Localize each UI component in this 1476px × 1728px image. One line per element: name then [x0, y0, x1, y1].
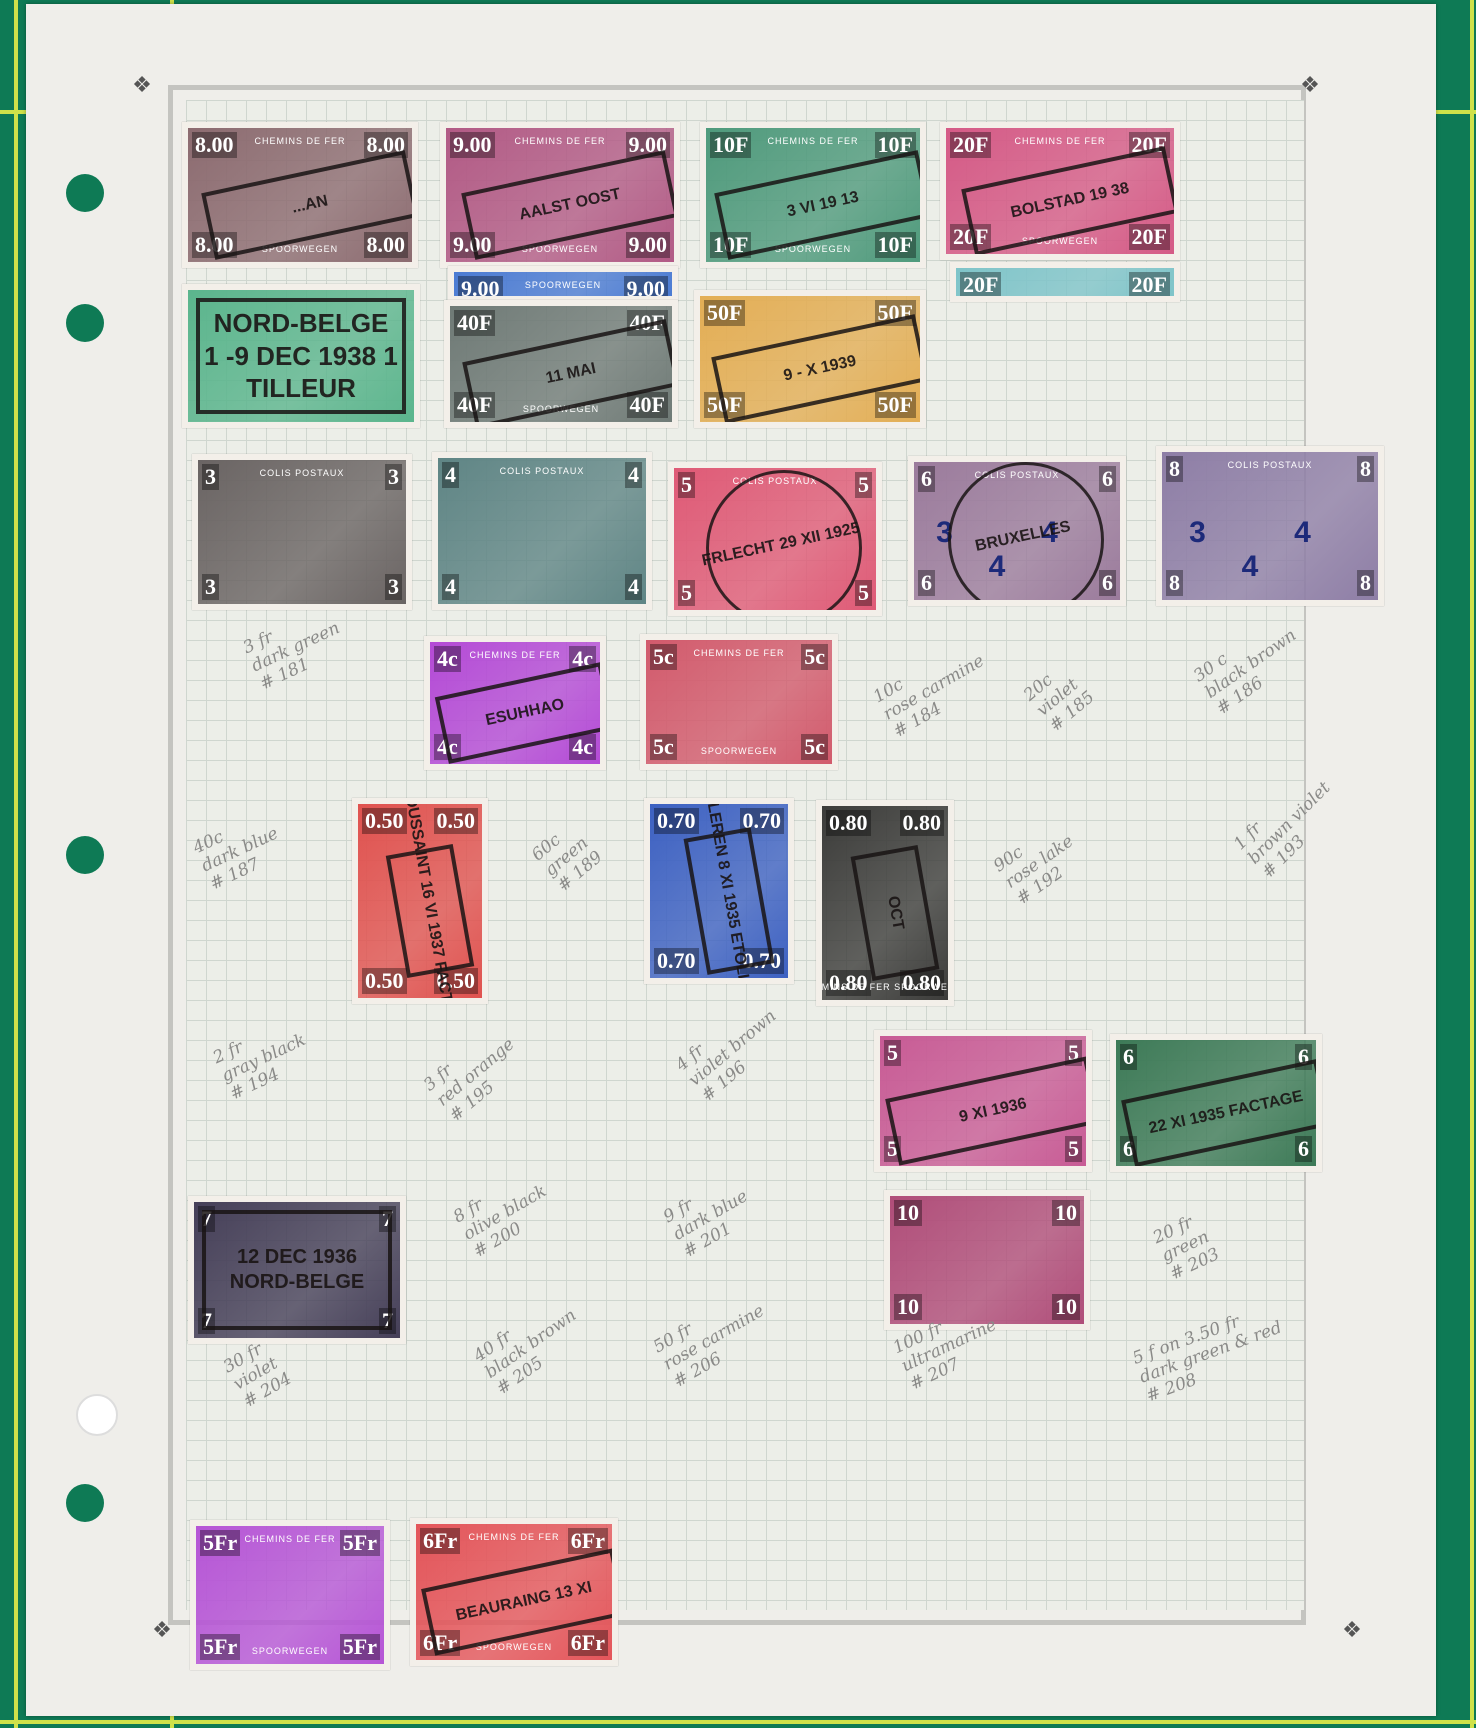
stamp-value: 10 [894, 1294, 922, 1320]
stamp-caption: CHEMINS DE FER [251, 136, 348, 146]
punch-hole [66, 304, 104, 342]
postmark-text: BRUXELLES [974, 518, 1073, 556]
stamp-value: 20F [960, 272, 1001, 298]
postmark-text: ESUHHAO [484, 696, 566, 730]
stamp-value: 20F [950, 132, 991, 158]
stamp: 9.009.009.009.00CHEMINS DE FERSPOORWEGEN… [440, 122, 680, 268]
stamp-caption: CHEMINS DE FER [465, 1532, 562, 1542]
stamp-caption: SPOORWEGEN [698, 746, 780, 756]
stamp: 8888COLIS POSTAUX3 4 4 [1156, 446, 1384, 606]
stamp-value: 20F [1129, 272, 1170, 298]
stamp-caption: CHEMINS DE FER [241, 1534, 338, 1544]
postmark-text: TILLEUR [246, 372, 356, 405]
punch-hole [66, 174, 104, 212]
stamp-value: 5Fr [340, 1530, 380, 1556]
stamp-value: 9.00 [458, 276, 503, 302]
postmark-text: ...AN [290, 192, 329, 217]
postmark-text: 1 -9 DEC 1938 1 [204, 340, 398, 373]
postmark-text: 12 DEC 1936 [237, 1245, 357, 1270]
reinforcement-ring [76, 1394, 118, 1436]
stamp-value: 8 [1166, 456, 1183, 482]
stamp-value: 10 [894, 1200, 922, 1226]
postmark-text: NORD-BELGE [214, 307, 389, 340]
stamp-value: 10 [1052, 1200, 1080, 1226]
stamp-caption: CHEMINS DE FER [466, 650, 563, 660]
stamp-value: 5 [855, 472, 872, 498]
stamp-value: 9.00 [624, 276, 669, 302]
stamp: 4c4c4c4cCHEMINS DE FERESUHHAO [424, 636, 606, 770]
postmark-text: BOLSTAD 19 38 [1009, 180, 1131, 223]
stamp: 50F50F50F50F9 - X 1939 [694, 290, 926, 428]
stamp-value: 6 [1295, 1136, 1312, 1162]
stamp: 5c5c5c5cCHEMINS DE FERSPOORWEGEN [640, 634, 838, 770]
mat-gridline [14, 0, 18, 1728]
corner-ornament-icon: ❖ [1340, 1618, 1364, 1642]
postmark-text: AALST OOST [518, 185, 623, 224]
stamp-caption: COLIS POSTAUX [1225, 460, 1316, 470]
stamp-value: 6Fr [420, 1528, 460, 1554]
stamp-value: 6Fr [568, 1630, 608, 1656]
stamp-value: 4 [625, 574, 642, 600]
corner-ornament-icon: ❖ [130, 73, 154, 97]
stamp-value: 0.50 [362, 808, 407, 834]
stamp: 777712 DEC 1936NORD-BELGE [188, 1196, 406, 1344]
stamp: 20F20F [950, 262, 1180, 302]
stamp-value: 0.70 [654, 948, 699, 974]
corner-ornament-icon: ❖ [150, 1618, 174, 1642]
postmark-cancel: 12 DEC 1936NORD-BELGE [202, 1210, 392, 1330]
stamp-value: 5 [884, 1040, 901, 1066]
postmark-text: 9 - X 1939 [782, 353, 858, 386]
stamp-value: 3 [385, 464, 402, 490]
stamp-value: 6 [1120, 1044, 1137, 1070]
stamp: 8.008.008.008.00CHEMINS DE FERSPOORWEGEN… [182, 122, 418, 268]
stamp-value: 50F [875, 392, 916, 418]
postmark-text: BEAURAING 13 XI [454, 1579, 593, 1625]
stamp: 5555COLIS POSTAUXFRLECHT 29 XII 1925 [668, 462, 882, 616]
stamp-caption: CHEMINS DE FER [1011, 136, 1108, 146]
stamp-value: 40F [627, 392, 668, 418]
stamp-value: 0.50 [434, 808, 479, 834]
postmark-cancel: NORD-BELGE1 -9 DEC 1938 1TILLEUR [196, 298, 406, 414]
postmark-text: FRLECHT 29 XII 1925 [700, 519, 861, 570]
stamp-value: 3 [202, 574, 219, 600]
stamp-value: 4 [442, 574, 459, 600]
stamp-value: 5c [801, 734, 828, 760]
stamp-value: 10 [1052, 1294, 1080, 1320]
stamp: 10F10F10F10FCHEMINS DE FERSPOORWEGEN3 VI… [700, 122, 926, 268]
stamp-value: 10F [875, 232, 916, 258]
stamp-value: 4c [434, 646, 461, 672]
stamp-value: 50F [704, 300, 745, 326]
stamp-value: 5c [801, 644, 828, 670]
stamp-value: 0.80 [826, 810, 871, 836]
stamp-value: 40F [454, 310, 495, 336]
stamp-value: 5Fr [200, 1530, 240, 1556]
stamp-caption: COLIS POSTAUX [497, 466, 588, 476]
stamp-value: 5 [1065, 1136, 1082, 1162]
stamp-value: 9.00 [450, 132, 495, 158]
stamp-value: 5Fr [200, 1634, 240, 1660]
stamp: 666622 XI 1935 FACTAGE [1110, 1034, 1322, 1172]
stamp-value: 5 [678, 472, 695, 498]
stamp-value: 9.00 [626, 232, 671, 258]
stamp: 0.800.800.800.80CHEMINS DE FER SPOORWEGE… [816, 800, 954, 1006]
postmark-text: 22 XI 1935 FACTAGE [1147, 1088, 1304, 1138]
mat-gridline [0, 1720, 1476, 1724]
stamp-caption: CHEMINS DE FER SPOORWEGEN [816, 982, 954, 992]
postmark-text: 3 VI 19 13 [785, 189, 860, 222]
stamp-value: 8.00 [192, 132, 237, 158]
stamp-value: 5Fr [340, 1634, 380, 1660]
stamp-value: 5c [650, 734, 677, 760]
stamp: 0.700.700.700.70GENTSLEREN 8 XI 1935 ETO… [644, 798, 794, 984]
stamp-value: 6 [918, 466, 935, 492]
stamp: 6Fr6Fr6Fr6FrCHEMINS DE FERSPOORWEGENBEAU… [410, 1518, 618, 1666]
stamp-value: 4c [569, 734, 596, 760]
stamp-value: 0.50 [362, 968, 407, 994]
corner-ornament-icon: ❖ [1298, 73, 1322, 97]
postmark-text: 11 MAI [544, 360, 597, 388]
stamp-caption: COLIS POSTAUX [257, 468, 348, 478]
stamp-value: 4 [625, 462, 642, 488]
stamp-caption: CHEMINS DE FER [690, 648, 787, 658]
stamp-value: 20F [1129, 224, 1170, 250]
stamp-caption: SPOORWEGEN [249, 1646, 331, 1656]
stamp-value: 3 [202, 464, 219, 490]
postmark-text: OCT [883, 895, 907, 931]
stamp: 4444COLIS POSTAUX [432, 452, 652, 610]
stamp: 9.009.00SPOORWEGEN [448, 266, 678, 302]
stamp: NORD-BELGE1 -9 DEC 1938 1TILLEUR [182, 284, 420, 428]
postmark-text: NORD-BELGE [230, 1270, 364, 1295]
stamp-value: 8.00 [364, 232, 409, 258]
punch-hole [66, 1484, 104, 1522]
stamp-value: 8 [1357, 456, 1374, 482]
mat-gridline [1470, 0, 1474, 1728]
stamp-value: 5c [650, 644, 677, 670]
stamp: 3333COLIS POSTAUX [192, 454, 412, 610]
stamp-surcharge: 3 4 4 [1172, 516, 1368, 584]
stamp-caption: CHEMINS DE FER [511, 136, 608, 146]
stamp-value: 5 [855, 580, 872, 606]
stamp: 20F20F20F20FCHEMINS DE FERSPOORWEGENBOLS… [940, 122, 1180, 260]
stamp-caption: CHEMINS DE FER [764, 136, 861, 146]
stamp: 5Fr5Fr5Fr5FrCHEMINS DE FERSPOORWEGEN [190, 1520, 390, 1670]
stamp-design [438, 458, 646, 604]
stamp-value: 3 [385, 574, 402, 600]
stamp: 55559 XI 1936 [874, 1030, 1092, 1172]
stamp: 40F40F40F40FSPOORWEGEN11 MAI [444, 300, 678, 428]
stamp-value: 10F [710, 132, 751, 158]
stamp-value: 4 [442, 462, 459, 488]
stamp-value: 0.70 [654, 808, 699, 834]
stamp-caption: SPOORWEGEN [522, 280, 604, 290]
stamp-value: 0.80 [900, 810, 945, 836]
punch-hole [66, 836, 104, 874]
stamp: 0.500.500.500.50TOUSSAINT 16 VI 1937 FAC… [352, 798, 488, 1004]
postmark-text: 9 XI 1936 [958, 1095, 1029, 1127]
stamp-design [198, 460, 406, 604]
stamp: 6666COLIS POSTAUX3 4 4BRUXELLES [908, 456, 1126, 606]
